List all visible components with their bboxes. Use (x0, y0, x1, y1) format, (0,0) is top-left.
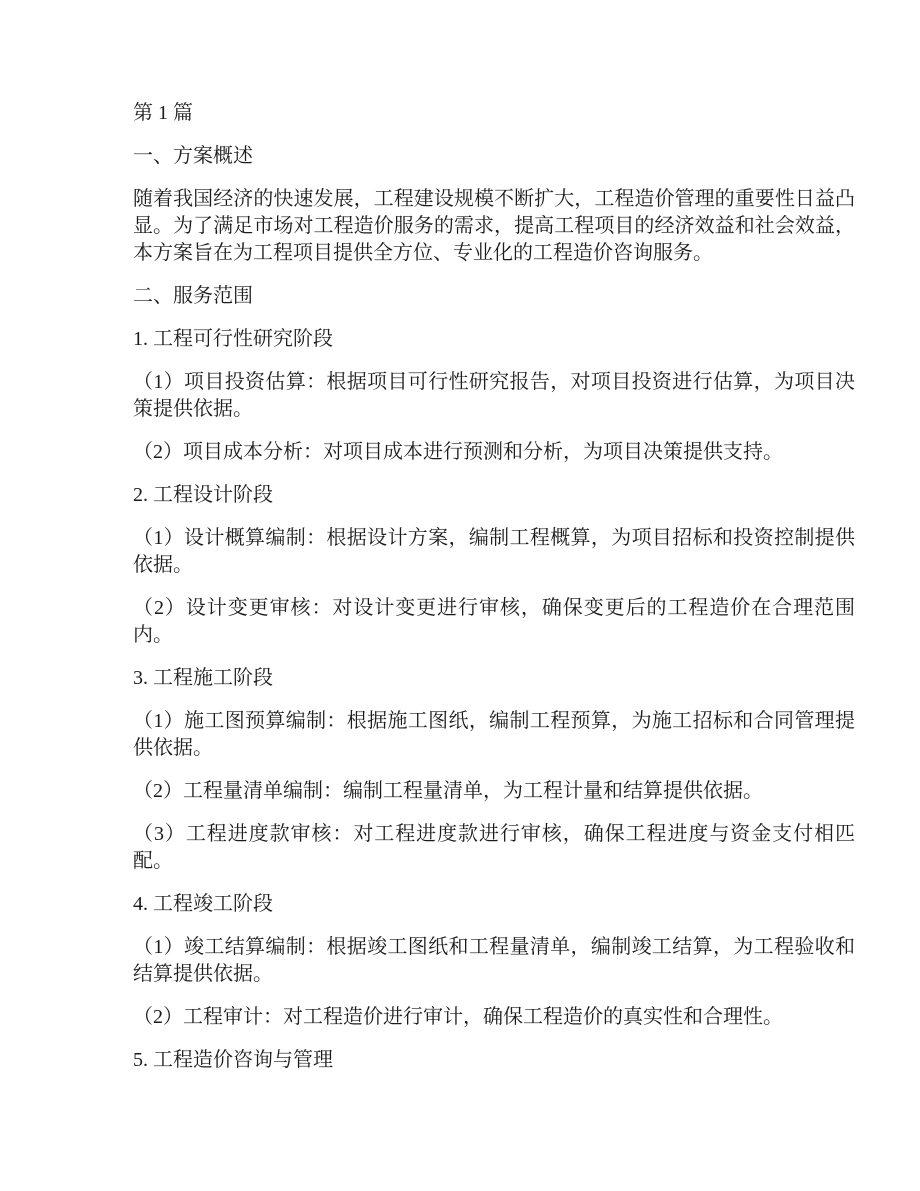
scope-heading: 二、服务范围 (133, 283, 855, 310)
stage-2-point-1: （1）设计概算编制：根据设计方案，编制工程概算，为项目招标和投资控制提供依据。 (133, 525, 855, 579)
stage-4-point-1: （1）竣工结算编制：根据竣工图纸和工程量清单，编制竣工结算，为工程验收和结算提供… (133, 934, 855, 988)
overview-paragraph: 随着我国经济的快速发展，工程建设规模不断扩大，工程造价管理的重要性日益凸显。为了… (133, 186, 855, 267)
stage-1-title: 1. 工程可行性研究阶段 (133, 326, 855, 353)
stage-3-point-3: （3）工程进度款审核：对工程进度款进行审核，确保工程进度与资金支付相匹配。 (133, 821, 855, 875)
stage-4-title: 4. 工程竣工阶段 (133, 891, 855, 918)
overview-heading: 一、方案概述 (133, 143, 855, 170)
chapter-label: 第 1 篇 (133, 100, 855, 127)
stage-3-point-1: （1）施工图预算编制：根据施工图纸，编制工程预算，为施工招标和合同管理提供依据。 (133, 708, 855, 762)
document-page: 第 1 篇 一、方案概述 随着我国经济的快速发展，工程建设规模不断扩大，工程造价… (133, 100, 855, 1090)
stage-4-point-2: （2）工程审计：对工程造价进行审计，确保工程造价的真实性和合理性。 (133, 1004, 855, 1031)
stage-3-point-2: （2）工程量清单编制：编制工程量清单，为工程计量和结算提供依据。 (133, 778, 855, 805)
stage-3-title: 3. 工程施工阶段 (133, 665, 855, 692)
stage-2-point-2: （2）设计变更审核：对设计变更进行审核，确保变更后的工程造价在合理范围内。 (133, 595, 855, 649)
stage-1-point-2: （2）项目成本分析：对项目成本进行预测和分析，为项目决策提供支持。 (133, 439, 855, 466)
stage-5-title: 5. 工程造价咨询与管理 (133, 1047, 855, 1074)
stage-2-title: 2. 工程设计阶段 (133, 482, 855, 509)
stage-1-point-1: （1）项目投资估算：根据项目可行性研究报告，对项目投资进行估算，为项目决策提供依… (133, 369, 855, 423)
